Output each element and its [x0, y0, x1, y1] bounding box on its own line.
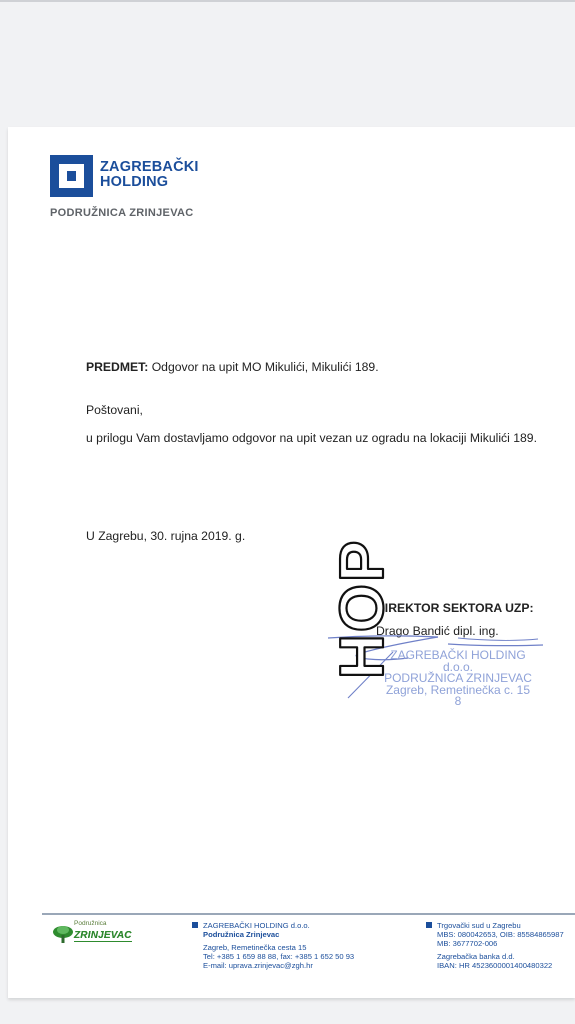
- footer-mb: MB: 3677702-006: [426, 939, 564, 948]
- tree-logo-icon: [52, 923, 74, 945]
- subject-line: PREDMET: Odgovor na upit MO Mikulići, Mi…: [86, 360, 379, 374]
- stamp-line-5: 8: [363, 696, 553, 708]
- company-name-line1: ZAGREBAČKI: [100, 160, 199, 175]
- footer-email: E-mail: uprava.zrinjevac@zgh.hr: [192, 961, 354, 970]
- footer-ids: MBS: 080042653, OIB: 85584865987: [426, 930, 564, 939]
- document-page: ZAGREBAČKI HOLDING PODRUŽNICA ZRINJEVAC …: [8, 127, 575, 998]
- subject-label: PREDMET:: [86, 360, 148, 374]
- footer-company-block: ZAGREBAČKI HOLDING d.o.o. Podružnica Zri…: [192, 921, 354, 970]
- footer-iban: IBAN: HR 4523600001400480322: [426, 961, 564, 970]
- place-date: U Zagrebu, 30. rujna 2019. g.: [86, 529, 245, 543]
- footer-registration-block: Trgovački sud u Zagrebu MBS: 080042653, …: [426, 921, 564, 970]
- bullet-square-icon: [192, 922, 198, 928]
- letter-body: u prilogu Vam dostavljamo odgovor na upi…: [86, 431, 537, 445]
- company-name-line2: HOLDING: [100, 175, 199, 190]
- bullet-square-icon: [426, 922, 432, 928]
- hop-watermark: HOP: [279, 519, 399, 679]
- branch-name: PODRUŽNICA ZRINJEVAC: [50, 207, 194, 219]
- company-name: ZAGREBAČKI HOLDING: [100, 160, 199, 190]
- footer-address: Zagreb, Remetinečka cesta 15: [192, 943, 354, 952]
- signatory-title: DIREKTOR SEKTORA UZP:: [376, 601, 534, 615]
- footer-company-title: ZAGREBAČKI HOLDING d.o.o.: [203, 921, 310, 930]
- footer-court: Trgovački sud u Zagrebu: [437, 921, 521, 930]
- footer-phone: Tel: +385 1 659 88 88, fax: +385 1 652 5…: [192, 952, 354, 961]
- footer-divider: [42, 913, 575, 915]
- svg-text:HOP: HOP: [328, 539, 397, 679]
- footer-company-subtitle: Podružnica Zrinjevac: [192, 930, 354, 939]
- zrinjevac-logo-text: ZRINJEVAC: [74, 930, 132, 942]
- greeting: Poštovani,: [86, 403, 143, 417]
- zagrebacki-holding-logo-icon: [50, 155, 93, 197]
- top-bar: [0, 0, 575, 2]
- footer-bank: Zagrebačka banka d.d.: [426, 952, 564, 961]
- footer-branch-small: Podružnica: [74, 920, 107, 927]
- subject-text: Odgovor na upit MO Mikulići, Mikulići 18…: [152, 360, 379, 374]
